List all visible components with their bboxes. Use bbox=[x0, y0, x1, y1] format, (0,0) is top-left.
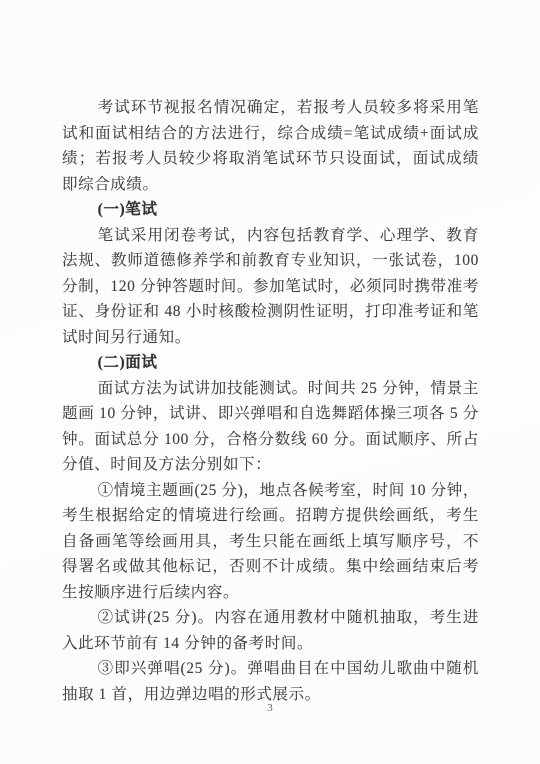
paragraph-item-trial-lecture: ②试讲(25 分)。内容在通用教材中随机抽取，考生进入此环节前有 14 分钟的备… bbox=[62, 605, 479, 656]
section-heading-written-test: (一)笔试 bbox=[62, 197, 479, 223]
section-heading-interview: (二)面试 bbox=[62, 350, 479, 376]
paragraph-exam-overview: 考试环节视报名情况确定，若报考人员较多将采用笔试和面试相结合的方法进行，综合成绩… bbox=[62, 95, 479, 197]
paragraph-item-theme-painting: ①情境主题画(25 分)，地点各候考室，时间 10 分钟，考生根据给定的情境进行… bbox=[62, 478, 479, 606]
paragraph-item-impromptu-singing: ③即兴弹唱(25 分)。弹唱曲目在中国幼儿歌曲中随机抽取 1 首，用边弹边唱的形… bbox=[62, 656, 479, 707]
document-body: 考试环节视报名情况确定，若报考人员较多将采用笔试和面试相结合的方法进行，综合成绩… bbox=[62, 95, 479, 707]
page-number: 3 bbox=[0, 702, 540, 714]
paragraph-written-test-details: 笔试采用闭卷考试，内容包括教育学、心理学、教育法规、教师道德修养学和前教育专业知… bbox=[62, 223, 479, 351]
document-page: 考试环节视报名情况确定，若报考人员较多将采用笔试和面试相结合的方法进行，综合成绩… bbox=[0, 0, 540, 764]
paragraph-interview-overview: 面试方法为试讲加技能测试。时间共 25 分钟，情景主题画 10 分钟，试讲、即兴… bbox=[62, 376, 479, 478]
